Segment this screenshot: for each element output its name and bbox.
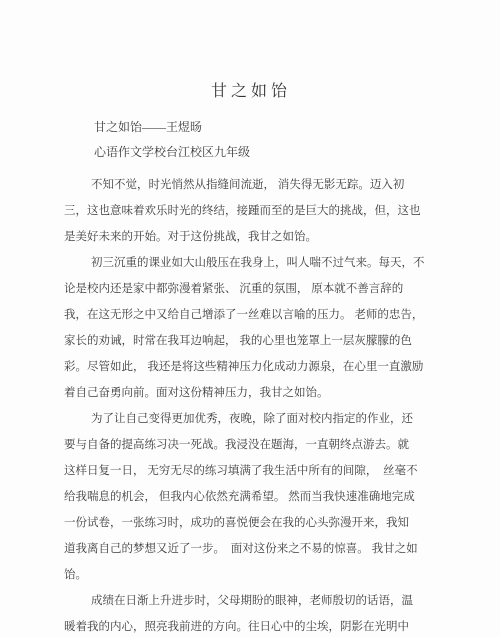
paragraph: 为了让自己变得更加优秀，夜晚，除了面对校内指定的作业，还要与自备的提高练习决一死… — [64, 406, 434, 588]
school-line: 心语作文学校台江校区九年级 — [64, 146, 434, 158]
text-line: 我，在这无形之中又给自己增添了一丝难以言喻的压力。 老师的忠告， — [64, 302, 434, 328]
text-line: 着自己奋勇向前。面对这份精神压力，我甘之如饴。 — [64, 380, 434, 406]
text-line: 一份试卷，一张练习时，成功的喜悦便会在我的心头弥漫开来，我知 — [64, 510, 434, 536]
text-line: 论是校内还是家中都弥漫着紧张、 沉重的氛围， 原本就不善言辞的 — [64, 276, 434, 302]
essay-body: 不知不觉，时光悄然从指缝间流逝， 消失得无影无踪。迈入初三，这也意味着欢乐时光的… — [64, 172, 434, 637]
text-line: 要与自备的提高练习决一死战。我浸没在题海，一直朝终点游去。就 — [64, 432, 434, 458]
document-page: 甘之如饴 甘之如饴——王煜旸 心语作文学校台江校区九年级 不知不觉，时光悄然从指… — [0, 0, 500, 637]
text-line: 三，这也意味着欢乐时光的终结，接踵而至的是巨大的挑战，但，这也 — [64, 198, 434, 224]
text-line: 暖着我的内心，照亮我前进的方向。往日心中的尘埃，阴影在光明中 — [64, 614, 434, 637]
text-line: 道我离自己的梦想又近了一步。 面对这份来之不易的惊喜。 我甘之如 — [64, 536, 434, 562]
essay-title: 甘之如饴 — [64, 84, 434, 100]
byline: 甘之如饴——王煜旸 — [64, 121, 434, 133]
text-line: 彩。尽管如此， 我还是将这些精神压力化成动力源泉，在心里一直激励 — [64, 354, 434, 380]
text-line: 是美好未来的开始。对于这份挑战，我甘之如饴。 — [64, 224, 434, 250]
text-line: 给我喘息的机会， 但我内心依然充满希望。 然而当我快速准确地完成 — [64, 484, 434, 510]
text-line: 为了让自己变得更加优秀，夜晚，除了面对校内指定的作业，还 — [64, 406, 434, 432]
text-line: 成绩在日渐上升进步时，父母期盼的眼神，老师殷切的话语，温 — [64, 588, 434, 614]
text-line: 家长的劝诫，时常在我耳边响起， 我的心里也笼罩上一层灰朦朦的色 — [64, 328, 434, 354]
paragraph: 初三沉重的课业如大山般压在我身上，叫人喘不过气来。每天，不论是校内还是家中都弥漫… — [64, 250, 434, 406]
paragraph: 成绩在日渐上升进步时，父母期盼的眼神，老师殷切的话语，温暖着我的内心，照亮我前进… — [64, 588, 434, 637]
text-line: 初三沉重的课业如大山般压在我身上，叫人喘不过气来。每天，不 — [64, 250, 434, 276]
paragraph: 不知不觉，时光悄然从指缝间流逝， 消失得无影无踪。迈入初三，这也意味着欢乐时光的… — [64, 172, 434, 250]
text-line: 饴。 — [64, 562, 434, 588]
text-line: 这样日复一日， 无穷无尽的练习填满了我生活中所有的间隙， 丝毫不 — [64, 458, 434, 484]
text-line: 不知不觉，时光悄然从指缝间流逝， 消失得无影无踪。迈入初 — [64, 172, 434, 198]
